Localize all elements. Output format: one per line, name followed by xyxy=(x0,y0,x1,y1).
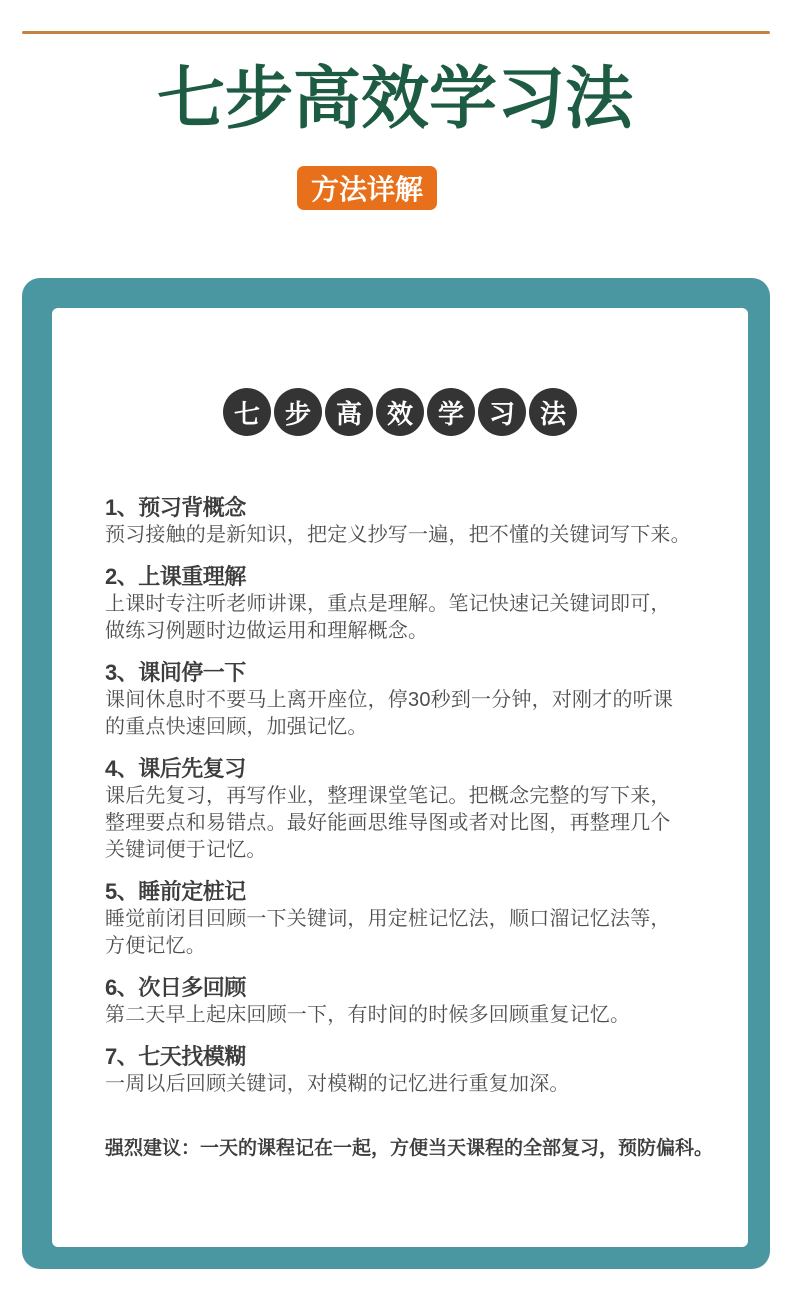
step-body: 课间休息时不要马上离开座位，停30秒到一分钟，对刚才的听课 的重点快速回顾，加强… xyxy=(105,687,705,741)
step-item-6: 6、次日多回顾 第二天早上起床回顾一下，有时间的时候多回顾重复记忆。 xyxy=(105,973,705,1029)
circle-badge-char-3: 高 xyxy=(325,388,373,436)
steps-list: 1、预习背概念 预习接触的是新知识，把定义抄写一遍，把不懂的关键词写下来。 2、… xyxy=(105,493,705,1098)
step-item-7: 7、七天找模糊 一周以后回顾关键词，对模糊的记忆进行重复加深。 xyxy=(105,1042,705,1098)
step-heading: 3、课间停一下 xyxy=(105,658,705,687)
step-item-4: 4、课后先复习 课后先复习，再写作业，整理课堂笔记。把概念完整的写下来， 整理要… xyxy=(105,754,705,864)
step-body: 预习接触的是新知识，把定义抄写一遍，把不懂的关键词写下来。 xyxy=(105,522,705,549)
page-title: 七步高效学习法 xyxy=(0,58,790,140)
circle-badge-char-7: 法 xyxy=(529,388,577,436)
method-detail-badge-label: 方法详解 xyxy=(311,168,423,208)
step-body: 上课时专注听老师讲课，重点是理解。笔记快速记关键词即可， 做练习例题时边做运用和… xyxy=(105,591,705,645)
circle-badge-char-2: 步 xyxy=(274,388,322,436)
circle-badge-row: 七 步 高 效 学 习 法 xyxy=(52,388,748,436)
step-item-3: 3、课间停一下 课间休息时不要马上离开座位，停30秒到一分钟，对刚才的听课 的重… xyxy=(105,658,705,741)
step-heading: 1、预习背概念 xyxy=(105,493,705,522)
step-body: 课后先复习，再写作业，整理课堂笔记。把概念完整的写下来， 整理要点和易错点。最好… xyxy=(105,783,705,864)
step-heading: 4、课后先复习 xyxy=(105,754,705,783)
circle-badge-char-1: 七 xyxy=(223,388,271,436)
circle-badge-char-6: 习 xyxy=(478,388,526,436)
step-body: 一周以后回顾关键词，对模糊的记忆进行重复加深。 xyxy=(105,1071,705,1098)
step-heading: 7、七天找模糊 xyxy=(105,1042,705,1071)
circle-badge-char-4: 效 xyxy=(376,388,424,436)
step-heading: 6、次日多回顾 xyxy=(105,973,705,1002)
top-accent-line xyxy=(22,31,770,34)
step-body: 睡觉前闭目回顾一下关键词，用定桩记忆法，顺口溜记忆法等， 方便记忆。 xyxy=(105,906,705,960)
footer-note: 强烈建议：一天的课程记在一起，方便当天课程的全部复习，预防偏科。 xyxy=(105,1136,725,1162)
teal-frame: 七 步 高 效 学 习 法 1、预习背概念 预习接触的是新知识，把定义抄写一遍，… xyxy=(22,278,770,1269)
step-body: 第二天早上起床回顾一下，有时间的时候多回顾重复记忆。 xyxy=(105,1002,705,1029)
step-item-2: 2、上课重理解 上课时专注听老师讲课，重点是理解。笔记快速记关键词即可， 做练习… xyxy=(105,562,705,645)
step-item-1: 1、预习背概念 预习接触的是新知识，把定义抄写一遍，把不懂的关键词写下来。 xyxy=(105,493,705,549)
circle-badge-char-5: 学 xyxy=(427,388,475,436)
step-heading: 2、上课重理解 xyxy=(105,562,705,591)
infographic-page: { "page": { "title": "七步高效学习法", "badge_l… xyxy=(0,0,790,1299)
method-detail-badge: 方法详解 xyxy=(297,166,437,210)
step-heading: 5、睡前定桩记 xyxy=(105,877,705,906)
content-card: 七 步 高 效 学 习 法 1、预习背概念 预习接触的是新知识，把定义抄写一遍，… xyxy=(52,308,748,1247)
step-item-5: 5、睡前定桩记 睡觉前闭目回顾一下关键词，用定桩记忆法，顺口溜记忆法等， 方便记… xyxy=(105,877,705,960)
